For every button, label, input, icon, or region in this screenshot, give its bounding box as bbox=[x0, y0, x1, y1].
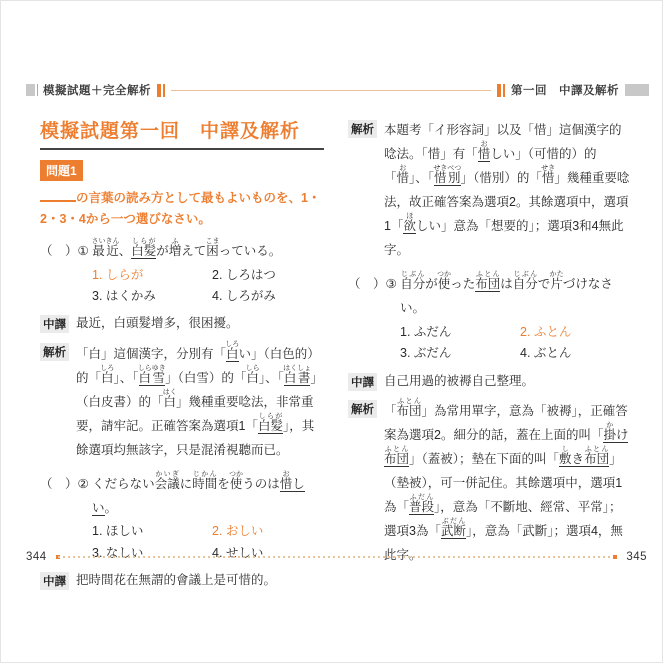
book-page-spread: 模擬試題＋完全解析 第一回 中譯及解析 模擬試題第一回 中譯及解析 問題1 の言… bbox=[0, 0, 663, 663]
option: 1. しらが bbox=[92, 266, 212, 285]
instruction-text: の言葉の読み方として最もよいものを、1・2・3・4から一つ選びなさい。 bbox=[40, 188, 324, 229]
header-gray-block-right bbox=[625, 84, 649, 96]
page-footer: 344 345 bbox=[26, 549, 647, 565]
translation-text: 把時間花在無謂的會議上是可惜的。 bbox=[76, 570, 324, 590]
header-accent-bars-icon bbox=[497, 84, 505, 97]
translation-label: 中譯 bbox=[40, 315, 69, 333]
two-column-layout: 模擬試題第一回 中譯及解析 問題1 の言葉の読み方として最もよいものを、1・2・… bbox=[40, 116, 632, 545]
question-3-options: 1. ふだん 2. ふとん 3. ぶだん 4. ぶとん bbox=[400, 323, 632, 364]
header-rule-line bbox=[171, 90, 491, 91]
option: 1. ふだん bbox=[400, 323, 520, 342]
option: 2. おしい bbox=[212, 522, 324, 541]
option: 1. ほしい bbox=[92, 522, 212, 541]
option: 2. ふとん bbox=[520, 323, 632, 342]
question-2-stem: （ ）② くだらない会議かいぎに時間じかんを使つかうのは惜おしい。 bbox=[40, 471, 324, 521]
analysis-block: 解析 「白」這個漢字，分別有「白しろい」（白色的）的「白しろ」、「白雪しらゆき」… bbox=[40, 341, 324, 462]
analysis-text: 本題考「イ形容詞」以及「惜」這個漢字的唸法。「惜」有「惜おしい」（可惜的）的「惜… bbox=[384, 118, 632, 262]
instruction-label: の言葉の読み方として最もよいものを、1・2・3・4から一つ選びなさい。 bbox=[40, 191, 320, 226]
header-accent-bars-icon bbox=[157, 84, 165, 97]
page-number-right: 345 bbox=[626, 551, 647, 563]
option: 4. しろがみ bbox=[212, 287, 324, 306]
analysis-label: 解析 bbox=[348, 400, 377, 418]
option: 4. ぶとん bbox=[520, 344, 632, 363]
running-head: 模擬試題＋完全解析 第一回 中譯及解析 bbox=[26, 82, 649, 98]
right-page-column: 解析 本題考「イ形容詞」以及「惜」這個漢字的唸法。「惜」有「惜おしい」（可惜的）… bbox=[348, 116, 632, 545]
analysis-label: 解析 bbox=[40, 343, 69, 361]
translation-block: 中譯 自己用過的被褥自己整理。 bbox=[348, 371, 632, 391]
analysis-label: 解析 bbox=[348, 120, 377, 138]
analysis-text: 「白」這個漢字，分別有「白しろい」（白色的）的「白しろ」、「白雪しらゆき」（白雪… bbox=[76, 341, 324, 462]
header-vertical-rule bbox=[37, 84, 38, 96]
fill-in-blank-underline bbox=[40, 192, 76, 202]
header-gray-block-left bbox=[26, 84, 35, 96]
translation-label: 中譯 bbox=[348, 373, 377, 391]
dotted-divider bbox=[56, 555, 618, 559]
analysis-block: 解析 本題考「イ形容詞」以及「惜」這個漢字的唸法。「惜」有「惜おしい」（可惜的）… bbox=[348, 118, 632, 262]
option: 2. しろはつ bbox=[212, 266, 324, 285]
running-head-right-text: 第一回 中譯及解析 bbox=[511, 82, 619, 98]
analysis-text: 「布団ふとん」為常用單字，意為「被褥」，正確答案為選項2。細分的話，蓋在上面的叫… bbox=[384, 398, 632, 567]
running-head-left-text: 模擬試題＋完全解析 bbox=[43, 82, 151, 98]
question-1-stem: （ ）① 最近さいきん、白髪しらがが増ふえて困こまっている。 bbox=[40, 238, 324, 263]
option: 3. ぶだん bbox=[400, 344, 520, 363]
page-number-left: 344 bbox=[26, 551, 47, 563]
translation-label: 中譯 bbox=[40, 572, 69, 590]
analysis-block: 解析 「布団ふとん」為常用單字，意為「被褥」，正確答案為選項2。細分的話，蓋在上… bbox=[348, 398, 632, 567]
left-page-column: 模擬試題第一回 中譯及解析 問題1 の言葉の読み方として最もよいものを、1・2・… bbox=[40, 116, 324, 545]
translation-text: 最近，白頭髮增多，很困擾。 bbox=[76, 313, 324, 333]
section-title: 模擬試題第一回 中譯及解析 bbox=[40, 116, 324, 150]
translation-block: 中譯 最近，白頭髮增多，很困擾。 bbox=[40, 313, 324, 333]
translation-text: 自己用過的被褥自己整理。 bbox=[384, 371, 632, 391]
option: 3. はくかみ bbox=[92, 287, 212, 306]
question-3-stem: （ ）③ 自分じぶんが使つかった布団ふとんは自分じぶんで片かたづけなさい。 bbox=[348, 271, 632, 321]
question-1-options: 1. しらが 2. しろはつ 3. はくかみ 4. しろがみ bbox=[92, 266, 324, 307]
translation-block: 中譯 把時間花在無謂的會議上是可惜的。 bbox=[40, 570, 324, 590]
problem-badge: 問題1 bbox=[40, 160, 83, 181]
